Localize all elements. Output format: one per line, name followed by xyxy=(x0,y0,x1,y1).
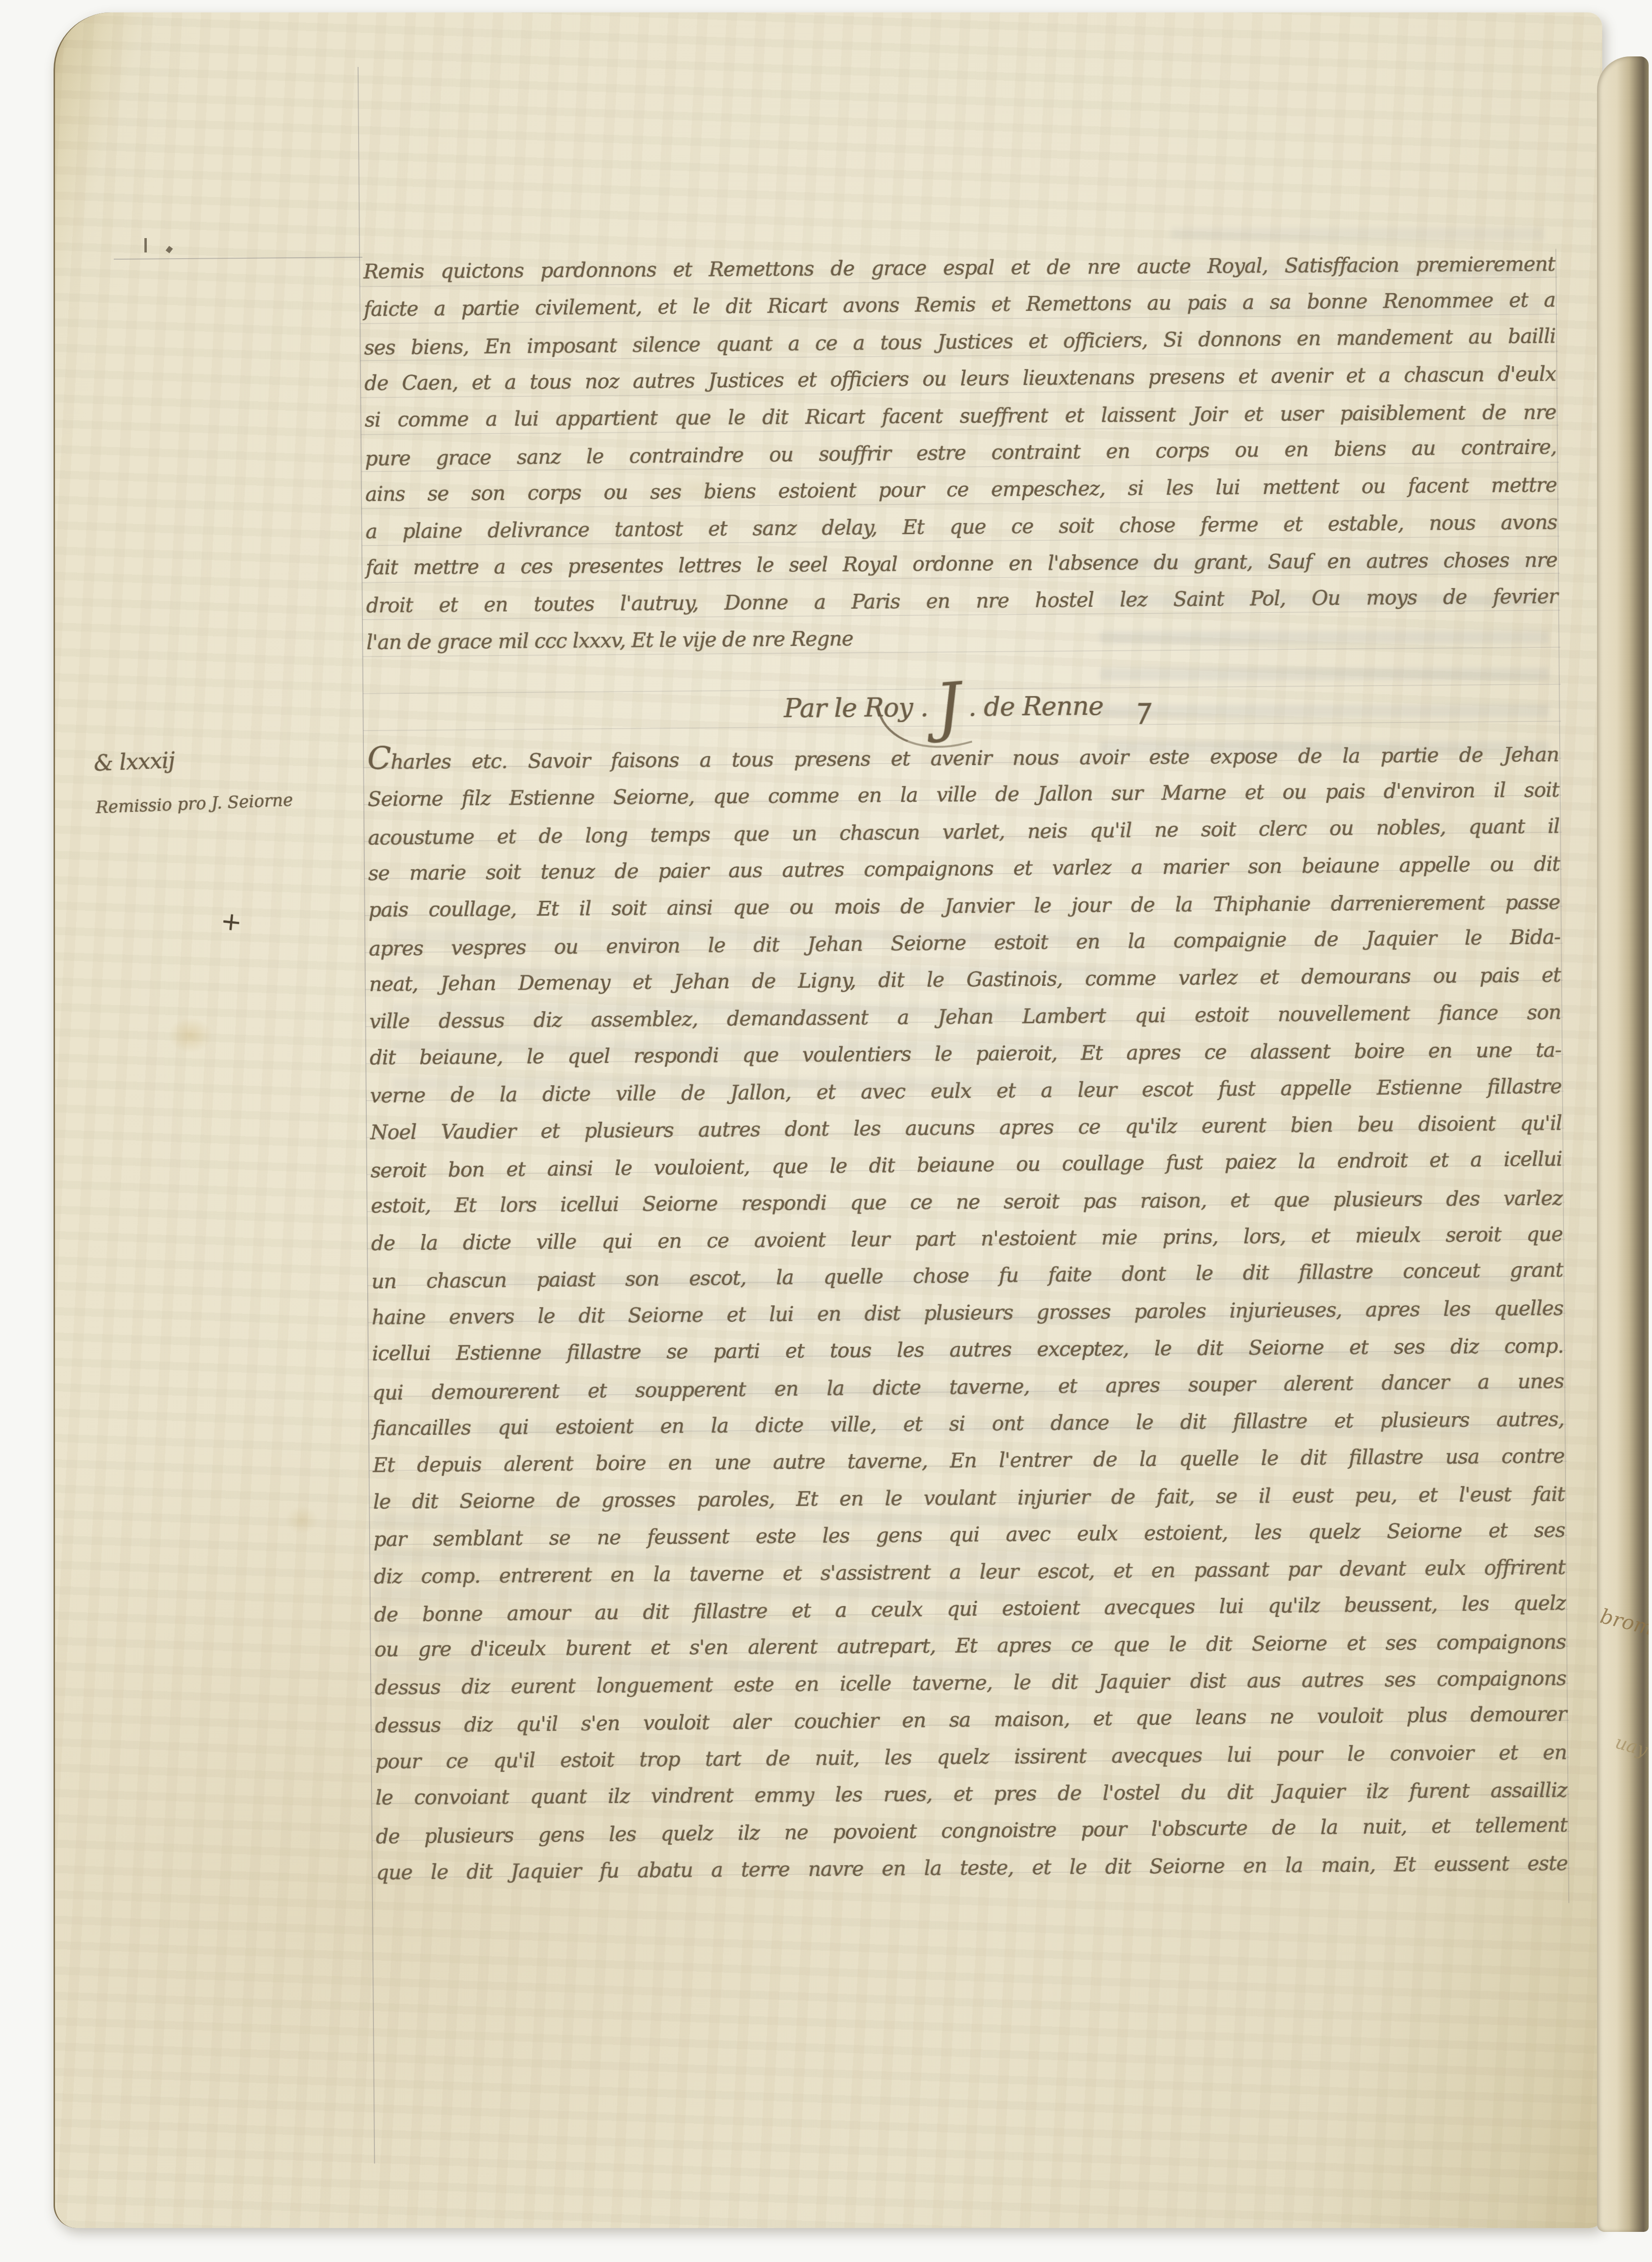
header-rule xyxy=(114,257,362,260)
ink-mark xyxy=(144,238,147,252)
margin-item-number: & lxxxij xyxy=(93,747,175,776)
margin-cross-mark: + xyxy=(219,907,243,937)
manuscript-text-line: fait mettre a ces presentes lettres le s… xyxy=(366,541,1557,586)
closing-paragraph: Remis quictons pardonnons et Remettons d… xyxy=(363,244,1558,661)
manuscript-text-line: Remis quictons pardonnons et Remettons d… xyxy=(363,245,1555,290)
next-folio-text-fragment: uay xyxy=(1613,1731,1649,1760)
manuscript-text-line: Charles etc. Savoir faisons a tous prese… xyxy=(367,735,1559,780)
text-block: Remis quictons pardonnons et Remettons d… xyxy=(0,0,1652,2262)
manuscript-text-line: le dit Seiorne de grosses paroles, Et en… xyxy=(373,1475,1564,1520)
act-paragraph: Charles etc. Savoir faisons a tous prese… xyxy=(367,734,1568,1891)
paraph-flourish: ⁊ xyxy=(1133,691,1148,728)
heading-suffix: . de Renne xyxy=(968,691,1104,722)
manuscript-text-line: dit beiaune, le quel respondi que voulen… xyxy=(370,1031,1561,1076)
next-folio-text-fragment: brom xyxy=(1598,1604,1649,1640)
scan-backing: Remis quictons pardonnons et Remettons d… xyxy=(0,0,1652,2262)
next-folio-edge: brom uay xyxy=(1597,56,1649,2232)
manuscript-text-line: estoit, Et lors icellui Seiorne respondi… xyxy=(371,1180,1562,1224)
